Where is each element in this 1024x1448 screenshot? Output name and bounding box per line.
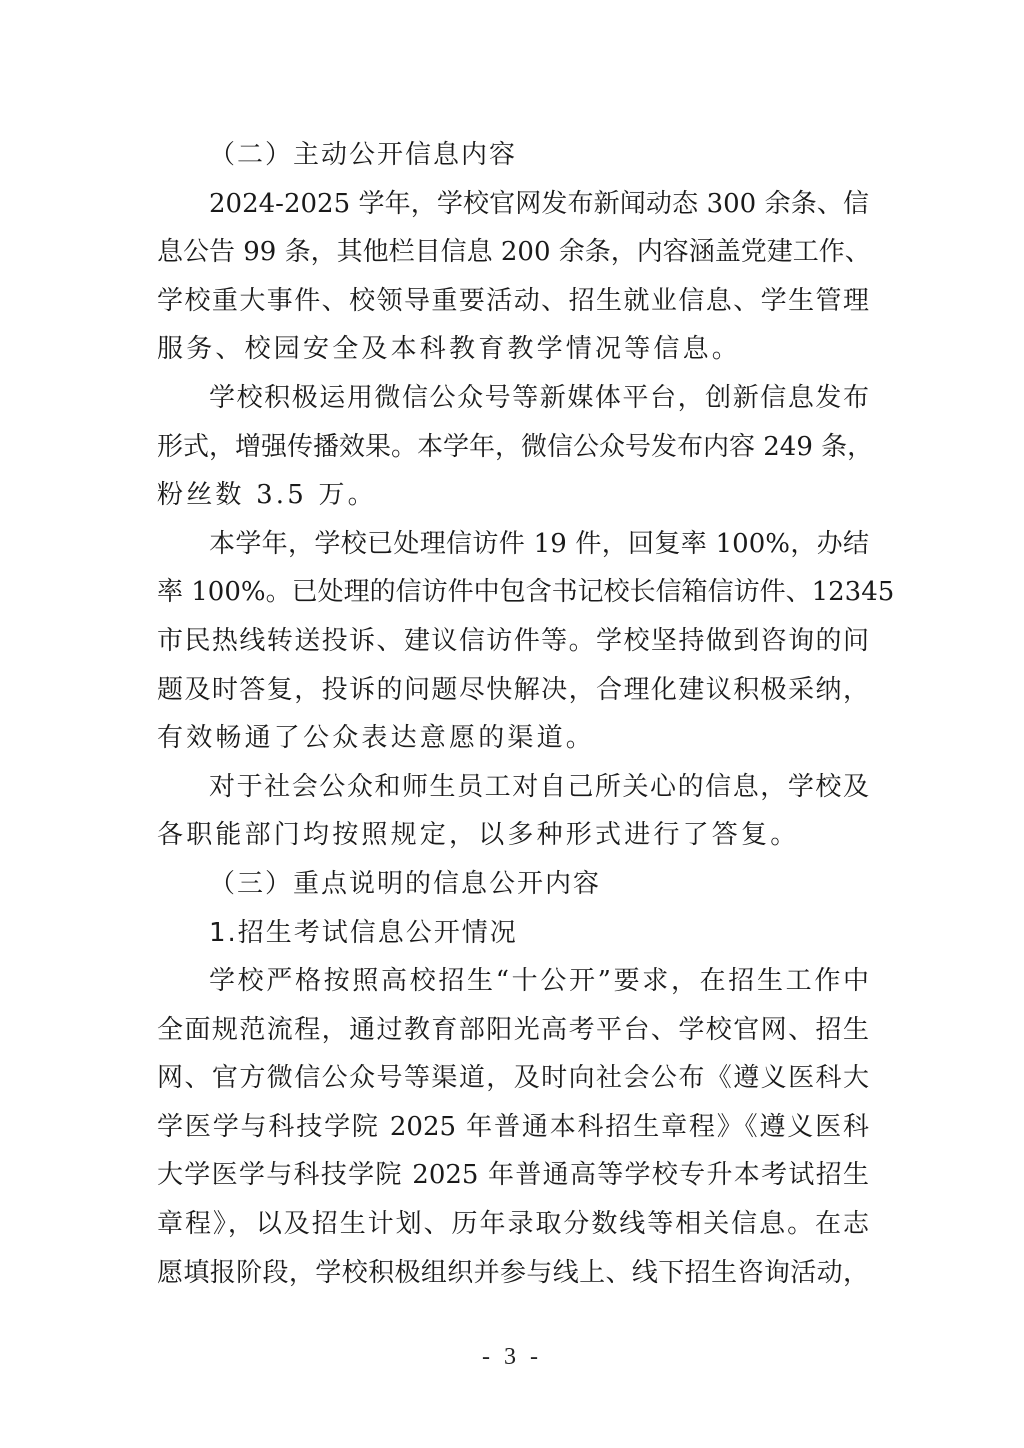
text-line: 学医学与科技学院 2025 年普通本科招生章程》《遵义医科 <box>157 1103 869 1152</box>
text-line: 题及时答复，投诉的问题尽快解决，合理化建议积极采纳， <box>157 666 869 715</box>
text-line: 学校积极运用微信公众号等新媒体平台，创新信息发布 <box>157 374 869 423</box>
paragraph-admissions-disclosure: 学校严格按照高校招生“十公开”要求，在招生工作中 全面规范流程，通过教育部阳光高… <box>157 957 869 1297</box>
text-line: 形式，增强传播效果。本学年，微信公众号发布内容 249 条， <box>157 423 869 472</box>
text-line: 有效畅通了公众表达意愿的渠道。 <box>157 714 869 763</box>
subsection-heading-1: 1.招生考试信息公开情况 <box>157 909 869 958</box>
text-line: 全面规范流程，通过教育部阳光高考平台、学校官网、招生 <box>157 1006 869 1055</box>
text-line: 学校严格按照高校招生“十公开”要求，在招生工作中 <box>157 957 869 1006</box>
text-line: 率 100%。已处理的信访件中包含书记校长信箱信访件、12345 <box>157 568 869 617</box>
paragraph-wechat-stats: 学校积极运用微信公众号等新媒体平台，创新信息发布 形式，增强传播效果。本学年，微… <box>157 374 869 520</box>
text-line: 息公告 99 条，其他栏目信息 200 余条，内容涵盖党建工作、 <box>157 228 869 277</box>
section-heading-3: （三）重点说明的信息公开内容 <box>157 860 869 909</box>
text-line: 市民热线转送投诉、建议信访件等。学校坚持做到咨询的问 <box>157 617 869 666</box>
section-heading-2: （二）主动公开信息内容 <box>157 131 869 180</box>
text-line: 大学医学与科技学院 2025 年普通高等学校专升本考试招生 <box>157 1151 869 1200</box>
text-line: 学校重大事件、校领导重要活动、招生就业信息、学生管理 <box>157 277 869 326</box>
text-line: 愿填报阶段，学校积极组织并参与线上、线下招生咨询活动， <box>157 1249 869 1298</box>
text-line: 服务、校园安全及本科教育教学情况等信息。 <box>157 325 869 374</box>
text-line: 粉丝数 3.5 万。 <box>157 471 869 520</box>
paragraph-website-stats: 2024-2025 学年，学校官网发布新闻动态 300 余条、信 息公告 99 … <box>157 180 869 374</box>
paragraph-public-replies: 对于社会公众和师生员工对自己所关心的信息，学校及 各职能部门均按照规定，以多种形… <box>157 763 869 860</box>
text-line: 2024-2025 学年，学校官网发布新闻动态 300 余条、信 <box>157 180 869 229</box>
document-page: （二）主动公开信息内容 2024-2025 学年，学校官网发布新闻动态 300 … <box>157 131 869 1297</box>
text-line: 网、官方微信公众号等渠道，及时向社会公布《遵义医科大 <box>157 1054 869 1103</box>
paragraph-petition-stats: 本学年，学校已处理信访件 19 件，回复率 100%，办结 率 100%。已处理… <box>157 520 869 763</box>
text-line: 对于社会公众和师生员工对自己所关心的信息，学校及 <box>157 763 869 812</box>
page-number: - 3 - <box>0 1344 1024 1371</box>
text-line: 各职能部门均按照规定，以多种形式进行了答复。 <box>157 811 869 860</box>
text-line: 章程》，以及招生计划、历年录取分数线等相关信息。在志 <box>157 1200 869 1249</box>
text-line: 本学年，学校已处理信访件 19 件，回复率 100%，办结 <box>157 520 869 569</box>
